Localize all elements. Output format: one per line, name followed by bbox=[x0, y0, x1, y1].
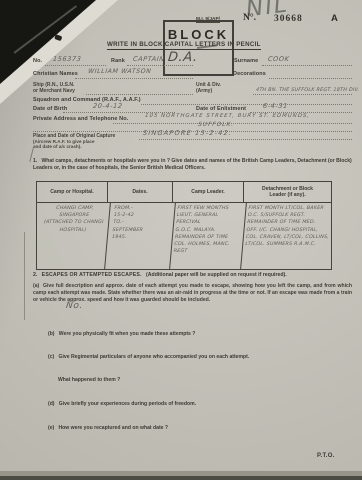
question-2b: (b) Were you physically fit when you mad… bbox=[48, 331, 195, 338]
question-1: 1. What camps, detachments or hospitals … bbox=[33, 158, 352, 172]
unit-div-line bbox=[253, 93, 352, 95]
camps-table-cell-camp: CHANGI CAMP, SINGAPORE (ATTACHED TO CHAN… bbox=[34, 203, 111, 269]
camps-table-header-block-leader: Detachment or Block Leader (if any). bbox=[244, 182, 331, 203]
ship-label-line2: or Merchant Navy bbox=[33, 88, 75, 94]
no-field-label: No. bbox=[33, 58, 42, 64]
capture-line bbox=[139, 138, 352, 140]
question-2c: (c) Give Regimental particulars of anyon… bbox=[48, 354, 249, 361]
surname-field-label: Surname bbox=[234, 58, 258, 64]
camps-table-header-leader: Camp Leader. bbox=[173, 182, 244, 203]
camps-table-header-dates: Dates. bbox=[108, 182, 173, 203]
question-2b-text: Were you physically fit when you made th… bbox=[59, 331, 196, 337]
ship-field-line bbox=[86, 93, 193, 95]
squadron-command-line bbox=[141, 103, 352, 105]
serial-suffix: A bbox=[331, 13, 338, 24]
camps-table-cell-leader: FIRST FEW MONTHS LIEUT. GENERAL PERCIVAL… bbox=[170, 203, 247, 269]
serial-no-label: N°. bbox=[243, 13, 256, 23]
decorations-line bbox=[269, 77, 352, 79]
section-2-heading: 2. ESCAPES OR ATTEMPTED ESCAPES. (Additi… bbox=[33, 272, 352, 278]
surname-field-line bbox=[262, 64, 352, 66]
question-2c-text: Give Regimental particulars of anyone wh… bbox=[58, 354, 249, 360]
scan-bottom-shadow bbox=[0, 476, 362, 480]
section-2-number: 2. bbox=[33, 272, 37, 278]
section-2-note: (Additional paper will be supplied on re… bbox=[146, 272, 287, 278]
no-field-value: 156373 bbox=[53, 55, 82, 63]
question-2b-label: (b) bbox=[48, 331, 55, 337]
question-2a-label: (a) bbox=[33, 283, 39, 289]
enlistment-value: 6-4-31 bbox=[263, 102, 289, 110]
question-1-number: 1. bbox=[33, 158, 37, 164]
question-2e-label: (e) bbox=[48, 425, 54, 431]
question-2c-label: (c) bbox=[48, 354, 54, 360]
pto-footer: P.T.O. bbox=[317, 453, 335, 459]
form-title: WRITE IN BLOCK CAPITAL LETTERS IN PENCIL bbox=[107, 41, 261, 50]
margin-crease-mark bbox=[24, 232, 25, 320]
camps-table-cell-dates: FROM.- 15-2-42 TO.- SEPTEMBER 1945. bbox=[105, 203, 176, 269]
no-field-line bbox=[45, 64, 106, 66]
block-stamp-text: BLOCK bbox=[165, 27, 232, 42]
question-2a-answer: No. bbox=[65, 301, 83, 311]
question-2c-followup: What happened to them ? bbox=[58, 377, 120, 384]
question-2d-label: (d) bbox=[48, 401, 55, 407]
squadron-command-label: Squadron and Command (R.A.F., A.A.F.) bbox=[33, 97, 141, 103]
private-address-value-line1: 105 NORTHGATE STREET, BURY ST. EDMUNDS, bbox=[145, 113, 311, 119]
rank-field-value: CAPTAIN bbox=[133, 55, 166, 63]
capture-label-line3: and date of a/c crash). bbox=[33, 144, 82, 149]
camps-table-cell-block-leader: FIRST MONTH LT/COL. BAKER O.C. 5/SUFFOLK… bbox=[241, 203, 334, 269]
question-2e-text: How were you recaptured and on what date… bbox=[58, 425, 168, 431]
question-2e: (e) How were you recaptured and on what … bbox=[48, 425, 168, 432]
camps-table-header-camp: Camp or Hospital. bbox=[37, 182, 108, 203]
stamp-initials: D.A. bbox=[167, 50, 198, 65]
question-1-text: What camps, detachments or hospitals wer… bbox=[33, 158, 352, 171]
enlistment-label: Date of Enlistment bbox=[196, 106, 246, 112]
surname-field-value: COOK bbox=[268, 55, 290, 63]
christian-names-label: Christian Names bbox=[33, 71, 78, 77]
camps-table: Camp or Hospital. Dates. Camp Leader. De… bbox=[36, 181, 332, 270]
question-2d-text: Give briefly your experiences during per… bbox=[59, 401, 196, 407]
rank-field-label: Rank bbox=[111, 58, 125, 64]
christian-names-value: WILLIAM WATSON bbox=[88, 68, 152, 75]
serial-number: 30668 bbox=[274, 14, 303, 24]
section-2-title: ESCAPES OR ATTEMPTED ESCAPES. bbox=[42, 272, 142, 278]
unit-div-label-line2: (Army) bbox=[196, 88, 212, 94]
question-2d: (d) Give briefly your experiences during… bbox=[48, 401, 196, 408]
scanned-pow-liberation-questionnaire: NIL M.I. 9/JAP/ N°. 30668 A BLOCK D.A. W… bbox=[0, 0, 362, 480]
rank-field-line bbox=[127, 64, 193, 66]
capture-value: SINGAPORE 15-2-42. bbox=[143, 129, 233, 137]
decorations-label: Decorations bbox=[233, 71, 266, 77]
date-of-birth-value: 20-4-12 bbox=[93, 102, 123, 110]
christian-names-line bbox=[75, 77, 193, 79]
private-address-value-line2: SUFFOLK. bbox=[198, 122, 235, 128]
